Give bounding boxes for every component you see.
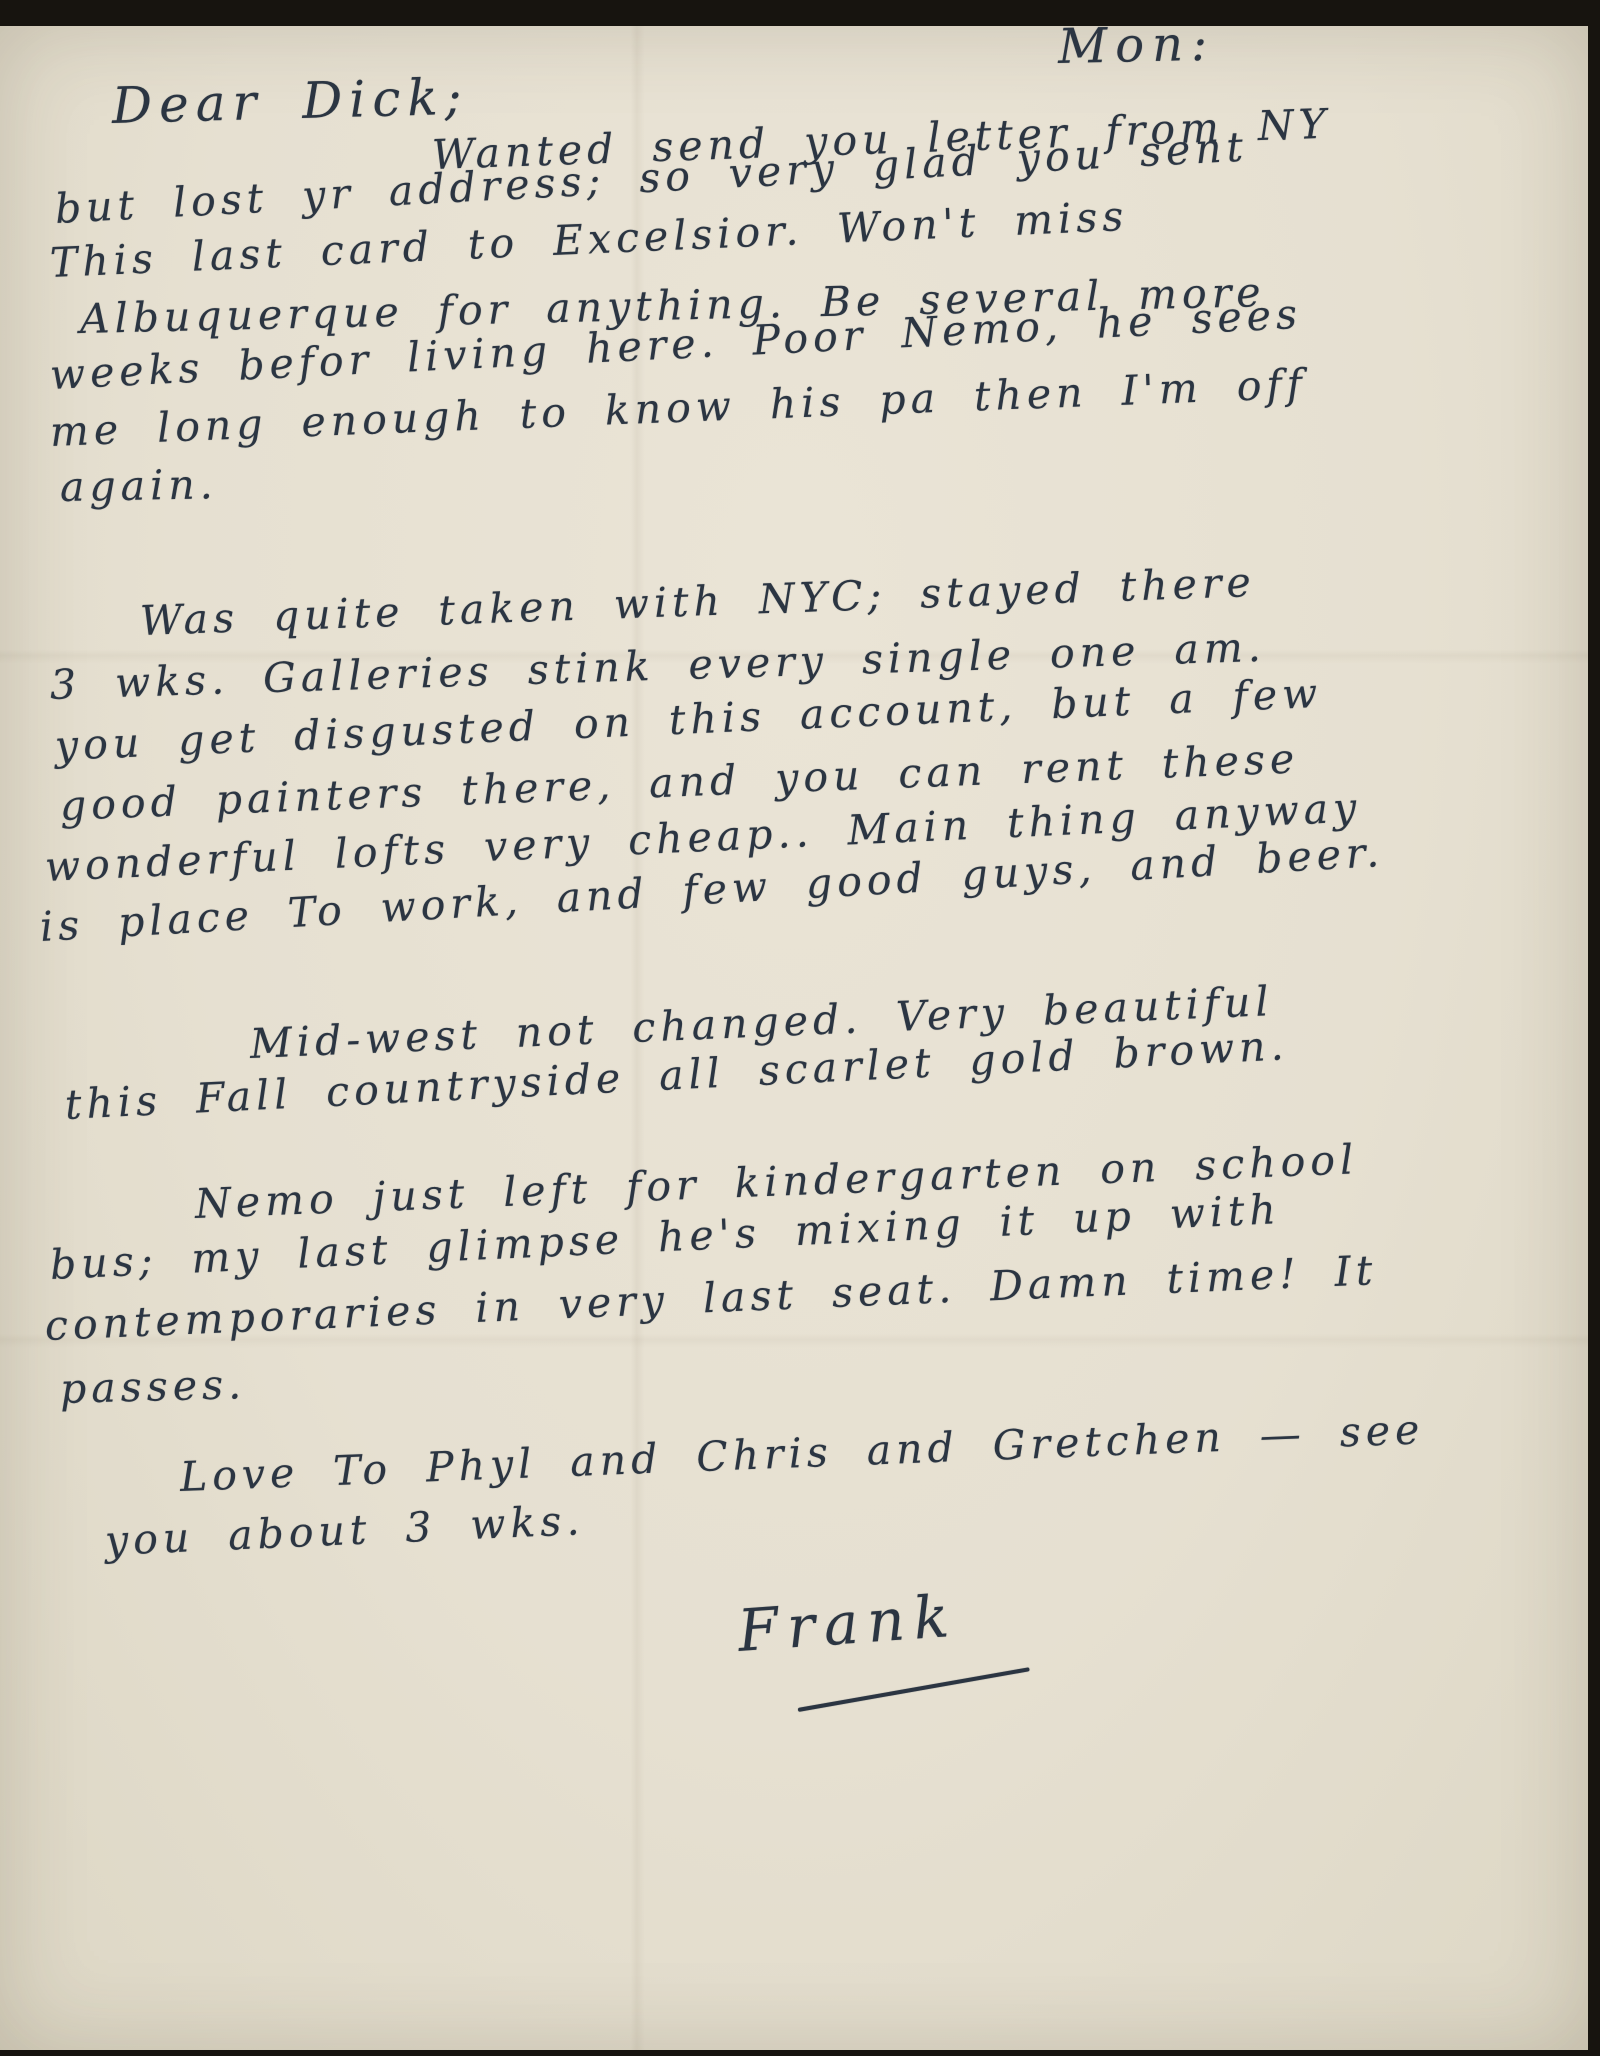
- signature-underline: [798, 1667, 1030, 1712]
- salutation: Dear Dick;: [111, 69, 469, 136]
- letter-paper: Mon: Dear Dick; Wanted send you letter f…: [0, 26, 1588, 2050]
- letter-line: Love To Phyl and Chris and Gretchen — se…: [179, 1406, 1425, 1501]
- letter-line: passes.: [59, 1361, 246, 1413]
- signature: Frank: [736, 1583, 960, 1665]
- letter-line: again.: [60, 461, 218, 511]
- letter-line: you about 3 wks.: [104, 1497, 585, 1565]
- dateline: Mon:: [1057, 17, 1215, 75]
